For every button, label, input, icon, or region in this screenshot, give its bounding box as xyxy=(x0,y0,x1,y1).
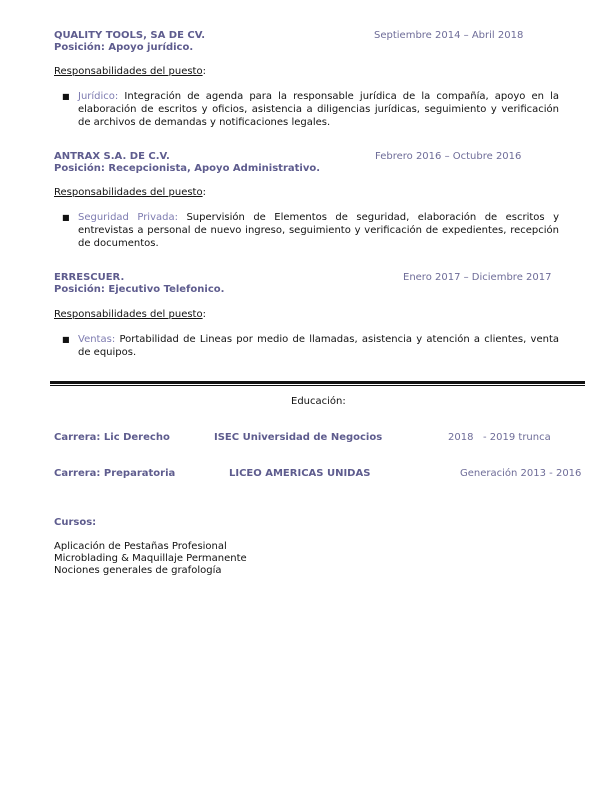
responsibility-label: Seguridad Privada: xyxy=(78,212,178,223)
responsibilities-heading: Responsabilidades del puesto: xyxy=(54,187,206,198)
responsibility-item: ■ Jurídico: Integración de agenda para l… xyxy=(62,90,559,129)
responsibility-label: Ventas: xyxy=(78,334,115,345)
education-school: LICEO AMERICAS UNIDAS xyxy=(229,468,370,479)
job-dates: Septiembre 2014 – Abril 2018 xyxy=(374,30,523,41)
education-school: ISEC Universidad de Negocios xyxy=(214,432,382,443)
job-position: Posición: Recepcionista, Apoyo Administr… xyxy=(54,163,320,174)
course-item: Microblading & Maquillaje Permanente xyxy=(54,553,247,564)
education-dates: 2018 - 2019 trunca xyxy=(448,432,551,443)
company-name: QUALITY TOOLS, SA DE CV. xyxy=(54,30,205,41)
job-dates: Febrero 2016 – Octubre 2016 xyxy=(375,151,521,162)
responsibility-item: ■ Ventas: Portabilidad de Lineas por med… xyxy=(62,333,559,359)
responsibilities-heading: Responsabilidades del puesto: xyxy=(54,309,206,320)
course-item: Nociones generales de grafología xyxy=(54,565,221,576)
responsibility-label: Jurídico: xyxy=(78,91,118,102)
responsibilities-heading: Responsabilidades del puesto: xyxy=(54,66,206,77)
bullet-square-icon: ■ xyxy=(62,211,70,224)
responsibility-text: Integración de agenda para la responsabl… xyxy=(78,91,559,128)
education-heading: Educación: xyxy=(291,396,346,407)
job-dates: Enero 2017 – Diciembre 2017 xyxy=(403,272,551,283)
responsibility-text: Portabilidad de Lineas por medio de llam… xyxy=(78,334,559,358)
responsibility-item: ■ Seguridad Privada: Supervisión de Elem… xyxy=(62,211,559,250)
courses-heading: Cursos: xyxy=(54,517,96,528)
education-dates: Generación 2013 - 2016 xyxy=(460,468,581,479)
education-career: Carrera: Lic Derecho xyxy=(54,432,170,443)
section-divider xyxy=(50,381,585,386)
bullet-square-icon: ■ xyxy=(62,90,70,103)
education-career: Carrera: Preparatoria xyxy=(54,468,175,479)
company-name: ANTRAX S.A. DE C.V. xyxy=(54,151,170,162)
job-position: Posición: Ejecutivo Telefonico. xyxy=(54,284,224,295)
course-item: Aplicación de Pestañas Profesional xyxy=(54,541,227,552)
bullet-square-icon: ■ xyxy=(62,333,70,346)
job-position: Posición: Apoyo jurídico. xyxy=(54,42,193,53)
company-name: ERRESCUER. xyxy=(54,272,124,283)
